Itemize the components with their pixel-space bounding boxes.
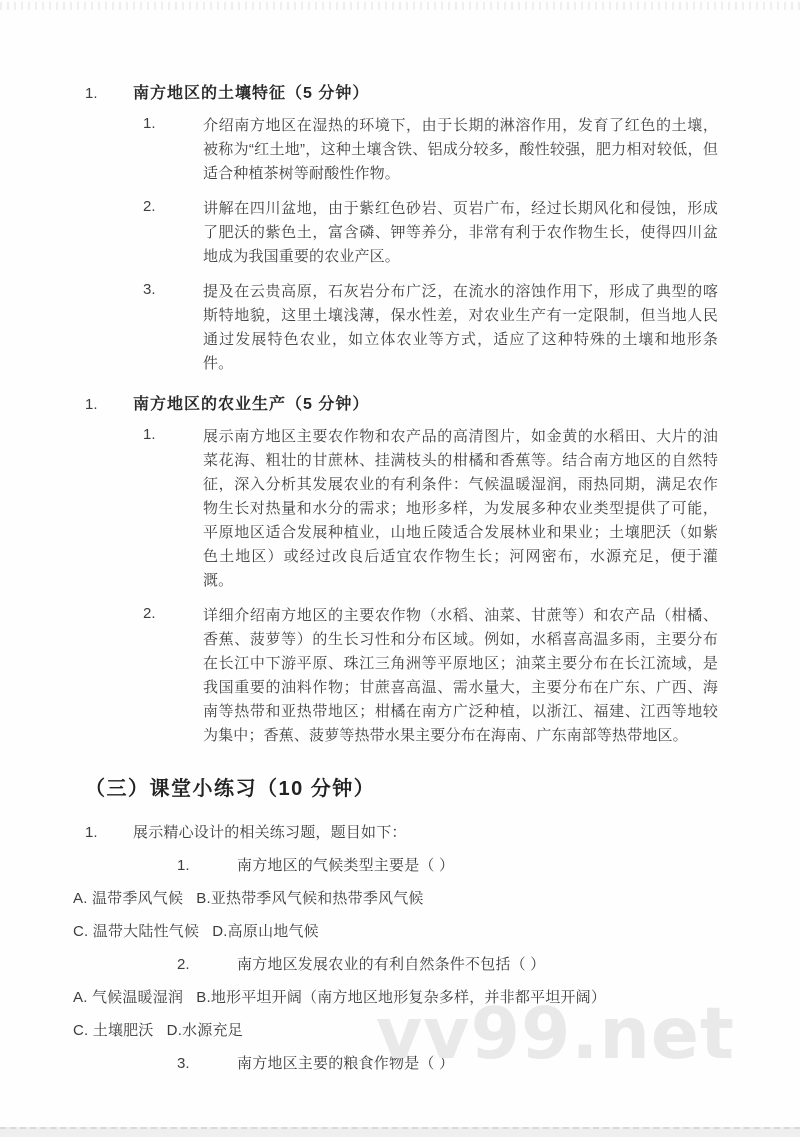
list-item: 2. 详细介绍南方地区的主要农作物（水稻、油菜、甘蔗等）和农产品（柑橘、香蕉、菠… <box>143 604 800 748</box>
item-text: 提及在云贵高原，石灰岩分布广泛，在流水的溶蚀作用下，形成了典型的喀斯特地貌，这里… <box>203 280 718 376</box>
item-number: 1. <box>143 114 203 186</box>
option-line: A. 温带季风气候 B.亚热带季风气候和热带季风气候 <box>73 889 800 909</box>
document-content: 1. 南方地区的土壤特征（5 分钟） 1. 介绍南方地区在湿热的环境下，由于长期… <box>0 0 800 1074</box>
question-row: 1. 南方地区的气候类型主要是（ ） <box>177 856 800 876</box>
item-text: 介绍南方地区在湿热的环境下，由于长期的淋溶作用，发育了红色的土壤，被称为“红土地… <box>203 114 718 186</box>
item-number: 2. <box>143 604 203 748</box>
question-number: 2. <box>177 955 237 975</box>
list-item: 1. 展示南方地区主要农作物和农产品的高清图片，如金黄的水稻田、大片的油菜花海、… <box>143 425 800 593</box>
option-line: C. 温带大陆性气候 D.高原山地气候 <box>73 922 800 942</box>
question-number: 1. <box>177 856 237 876</box>
document-page: 1. 南方地区的土壤特征（5 分钟） 1. 介绍南方地区在湿热的环境下，由于长期… <box>0 0 800 1137</box>
section-heading-soil: 1. 南方地区的土壤特征（5 分钟） <box>85 80 800 103</box>
section-number: 1. <box>85 396 133 413</box>
item-number: 3. <box>143 280 203 376</box>
item-number: 1. <box>85 823 133 843</box>
item-text: 详细介绍南方地区的主要农作物（水稻、油菜、甘蔗等）和农产品（柑橘、香蕉、菠萝等）… <box>203 604 718 748</box>
practice-intro: 1. 展示精心设计的相关练习题，题目如下： <box>85 823 800 843</box>
question-text: 南方地区的气候类型主要是（ ） <box>237 856 454 876</box>
question-number: 3. <box>177 1054 237 1074</box>
page-bottom-edge <box>0 1127 800 1137</box>
practice-heading: （三）课堂小练习（10 分钟） <box>85 772 800 801</box>
section-title: 南方地区的土壤特征（5 分钟） <box>133 80 369 103</box>
list-item: 3. 提及在云贵高原，石灰岩分布广泛，在流水的溶蚀作用下，形成了典型的喀斯特地貌… <box>143 280 800 376</box>
item-text: 讲解在四川盆地，由于紫红色砂岩、页岩广布，经过长期风化和侵蚀，形成了肥沃的紫色土… <box>203 197 718 269</box>
item-number: 1. <box>143 425 203 593</box>
item-number: 2. <box>143 197 203 269</box>
item-text: 展示南方地区主要农作物和农产品的高清图片，如金黄的水稻田、大片的油菜花海、粗壮的… <box>203 425 718 593</box>
section-heading-agriculture: 1. 南方地区的农业生产（5 分钟） <box>85 391 800 414</box>
list-item: 1. 介绍南方地区在湿热的环境下，由于长期的淋溶作用，发育了红色的土壤，被称为“… <box>143 114 800 186</box>
section-number: 1. <box>85 85 133 102</box>
site-watermark: vv99.net <box>376 992 735 1075</box>
question-row: 2. 南方地区发展农业的有利自然条件不包括（ ） <box>177 955 800 975</box>
list-item: 2. 讲解在四川盆地，由于紫红色砂岩、页岩广布，经过长期风化和侵蚀，形成了肥沃的… <box>143 197 800 269</box>
question-text: 南方地区发展农业的有利自然条件不包括（ ） <box>237 955 545 975</box>
practice-intro-text: 展示精心设计的相关练习题，题目如下： <box>133 823 407 843</box>
section-title: 南方地区的农业生产（5 分钟） <box>133 391 369 414</box>
